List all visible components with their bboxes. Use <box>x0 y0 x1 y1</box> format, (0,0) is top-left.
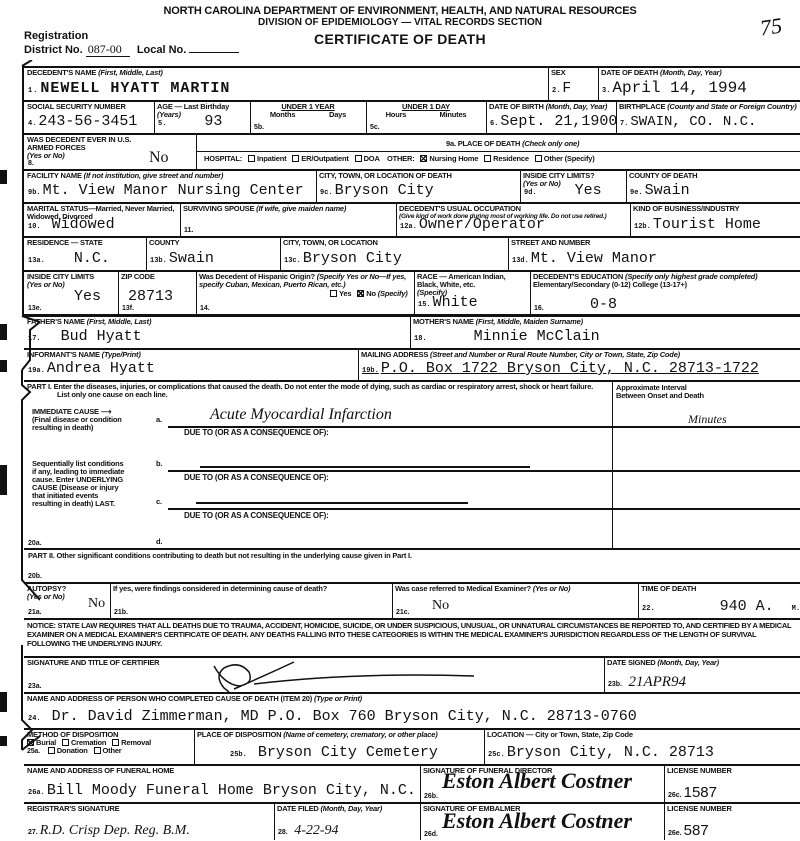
item-number: 9b. <box>28 189 41 197</box>
divider <box>154 100 155 133</box>
certifier-signature-field[interactable]: SIGNATURE AND TITLE OF CERTIFIER 23a. <box>24 656 604 692</box>
field-hint: (First, Middle, Last) <box>98 68 163 77</box>
other-label: OTHER: <box>387 154 415 163</box>
part1-label: PART I. <box>27 382 52 391</box>
autopsy-value: No <box>88 596 105 612</box>
director-license-field[interactable]: LICENSE NUMBER 26c.1587 <box>664 764 800 802</box>
divider <box>630 202 631 236</box>
mother-name-field[interactable]: MOTHER'S NAME (First, Middle, Maiden Sur… <box>410 314 800 348</box>
field-label: CITY, TOWN, OR LOCATION OF DEATH <box>319 172 517 180</box>
residence-city-field[interactable]: CITY, TOWN, OR LOCATION 13c.Bryson City <box>280 236 508 270</box>
death-certificate-form: DECEDENT'S NAME (First, Middle, Last) 1.… <box>0 60 800 841</box>
field-hint: (Yes or No) <box>27 151 65 160</box>
item-number: 5. <box>158 120 166 128</box>
cause-line-c <box>168 508 800 510</box>
education-value: 0-8 <box>590 297 617 312</box>
local-label: Local No. <box>137 44 187 56</box>
divider <box>396 202 397 236</box>
residence-state-field[interactable]: RESIDENCE — STATE 13a. N.C. <box>24 236 146 270</box>
item-number: 23b. <box>608 681 622 688</box>
divider <box>626 169 627 202</box>
field-label: SURVIVING SPOUSE <box>183 204 254 213</box>
cause-completed-by-value: Dr. David Zimmerman, MD P.O. Box 760 Bry… <box>52 708 637 725</box>
field-label: COUNTY <box>149 239 277 247</box>
field-hint: (First, Middle, Maiden Surname) <box>476 317 583 326</box>
date-filed-value: 4-22-94 <box>294 823 338 838</box>
sequential-hint: Sequentially list conditions if any, lea… <box>32 460 128 508</box>
checkbox-cremation[interactable] <box>62 739 69 746</box>
item-number: 15. <box>418 301 431 309</box>
field-label: TIME OF DEATH <box>641 585 797 593</box>
cause-of-death-section: PART I. Enter the diseases, injuries, or… <box>24 380 800 576</box>
field-hint: (First, Middle, Last) <box>87 317 152 326</box>
field-label: LOCATION — City or Town, State, Zip Code <box>487 731 797 739</box>
divider <box>358 348 359 380</box>
cause-completed-by-field[interactable]: NAME AND ADDRESS OF PERSON WHO COMPLETED… <box>24 692 800 728</box>
armed-forces-value: No <box>149 149 169 167</box>
date-of-death-field[interactable]: DATE OF DEATH (Month, Day, Year) 3.April… <box>598 66 800 100</box>
field-label: RACE — American Indian, Black, White, et… <box>417 273 527 289</box>
item-number: 9d. <box>524 189 537 197</box>
margin-mark <box>0 170 7 184</box>
residence-county-value: Swain <box>169 250 214 267</box>
checkbox-er-outpatient[interactable] <box>292 155 299 162</box>
divider <box>616 100 617 133</box>
margin-mark <box>0 324 7 340</box>
decedent-name-value: NEWELL HYATT MARTIN <box>40 80 230 97</box>
city-of-death-field[interactable]: CITY, TOWN, OR LOCATION OF DEATH 9c.Brys… <box>316 169 520 202</box>
checkbox-removal[interactable] <box>112 739 119 746</box>
certifier-signature <box>194 654 494 694</box>
medical-examiner-value: No <box>432 598 449 614</box>
item-number: 7. <box>620 120 628 128</box>
item-number: 27. <box>28 829 38 836</box>
field-hint: (Yes or No) <box>533 584 571 593</box>
item-number: 21b. <box>114 609 128 616</box>
option-label: Other <box>103 746 122 755</box>
item-number: 8. <box>28 160 34 167</box>
disposition-place-field[interactable]: PLACE OF DISPOSITION (Name of cemetery, … <box>194 728 484 764</box>
field-label: INFORMANT'S NAME <box>27 350 100 359</box>
time-suffix: M. <box>792 605 800 613</box>
informant-address-field[interactable]: MAILING ADDRESS (Street and Number or Ru… <box>358 348 800 380</box>
field-label: FATHER'S NAME <box>27 317 85 326</box>
field-hint: (If not institution, give street and num… <box>84 171 224 180</box>
item-number: 2. <box>552 87 560 95</box>
item-number: 28. <box>278 829 288 836</box>
field-label: DATE OF DEATH <box>601 68 658 77</box>
field-hint: (Check only one) <box>522 139 579 148</box>
option-label: Residence <box>493 154 529 163</box>
divider <box>486 100 487 133</box>
checkbox-hispanic-no[interactable] <box>357 290 364 297</box>
residence-county-field[interactable]: COUNTY 13b.Swain <box>146 236 280 270</box>
county-of-death-field[interactable]: COUNTY OF DEATH 9e.Swain <box>626 169 800 202</box>
hours-label: Hours <box>386 111 407 119</box>
legal-notice: NOTICE: STATE LAW REQUIRES THAT ALL DEAT… <box>24 618 800 656</box>
field-label: If yes, were findings considered in dete… <box>113 585 389 593</box>
under-1-day-field[interactable]: UNDER 1 DAY HoursMinutes 5c. <box>366 100 486 133</box>
item-number: 20a. <box>28 540 42 547</box>
date-of-death-value: April 14, 1994 <box>612 79 746 97</box>
field-label: LICENSE NUMBER <box>667 767 797 775</box>
option-label: No <box>366 289 376 298</box>
date-filed-field[interactable]: DATE FILED (Month, Day, Year) 28. 4-22-9… <box>274 802 420 840</box>
age-value: 93 <box>204 113 222 130</box>
checkbox-other[interactable] <box>535 155 542 162</box>
race-value: White <box>433 294 478 311</box>
divider <box>410 314 411 348</box>
field-hint: (Specify) <box>378 289 408 298</box>
division-heading: DIVISION OF EPIDEMIOLOGY — VITAL RECORDS… <box>0 17 800 28</box>
item-number: 20b. <box>28 573 42 580</box>
medical-examiner-field[interactable]: Was case referred to Medical Examiner? (… <box>392 582 638 618</box>
residence-inside-city-value: Yes <box>74 289 101 304</box>
checkbox-nursing-home[interactable] <box>420 155 427 162</box>
option-label: ER/Outpatient <box>301 154 348 163</box>
divider <box>180 202 181 236</box>
divider <box>146 236 147 270</box>
checkbox-burial[interactable] <box>27 739 34 746</box>
decedent-name-field[interactable]: DECEDENT'S NAME (First, Middle, Last) 1.… <box>24 66 548 100</box>
field-label: FACILITY NAME <box>27 171 82 180</box>
field-hint: (Type or Print) <box>314 694 362 703</box>
field-hint: (Month, Day, Year) <box>657 658 719 667</box>
facility-name-field[interactable]: FACILITY NAME (If not institution, give … <box>24 169 316 202</box>
item-number: 13c. <box>284 257 301 265</box>
option-label: Donation <box>57 746 88 755</box>
divider <box>520 169 521 202</box>
item-number: 13b. <box>150 257 167 265</box>
checkbox-doa[interactable] <box>355 155 362 162</box>
checkbox-inpatient[interactable] <box>248 155 255 162</box>
street-number-value: Mt. View Manor <box>531 250 657 267</box>
item-number: 9e. <box>630 189 643 197</box>
funeral-home-value: Bill Moody Funeral Home Bryson City, N.C… <box>47 782 416 799</box>
race-field[interactable]: RACE — American Indian, Black, White, et… <box>414 270 530 314</box>
checkbox-residence[interactable] <box>484 155 491 162</box>
field-hint: (County and State or Foreign Country) <box>667 102 796 111</box>
hispanic-origin-field[interactable]: Was Decedent of Hispanic Origin? (Specif… <box>196 270 414 314</box>
date-of-birth-field[interactable]: DATE OF BIRTH (Month, Day, Year) 6.Sept.… <box>486 100 616 133</box>
divider <box>110 582 111 618</box>
registrar-signature: R.D. Crisp Dep. Reg. B.M. <box>40 823 190 838</box>
divider <box>414 270 415 314</box>
surviving-spouse-field[interactable]: SURVIVING SPOUSE (If wife, give maiden n… <box>180 202 396 236</box>
street-number-field[interactable]: STREET AND NUMBER 13d.Mt. View Manor <box>508 236 800 270</box>
embalmer-license-field[interactable]: LICENSE NUMBER 26e.587 <box>664 802 800 840</box>
field-label: DATE FILED <box>277 804 319 813</box>
field-hint: (Type/Print) <box>102 350 141 359</box>
cause-line-letter: c. <box>156 498 162 506</box>
item-number: 21c. <box>396 609 410 616</box>
time-of-death-field[interactable]: TIME OF DEATH 22. 940 A. M. <box>638 582 800 618</box>
field-hint: (Street and Number or Rural Route Number… <box>430 350 680 359</box>
item-number: 13e. <box>28 305 42 312</box>
field-label: DATE SIGNED <box>607 658 656 667</box>
disposition-method-field[interactable]: METHOD OF DISPOSITION Burial Cremation R… <box>24 728 194 764</box>
embalmer-signature: Eston Albert Costner <box>442 808 632 834</box>
cause-line-letter: b. <box>156 460 162 468</box>
item-number: 13a. <box>28 257 45 265</box>
district-value: 087-00 <box>86 42 130 57</box>
date-signed-field[interactable]: DATE SIGNED (Month, Day, Year) 23b. 21AP… <box>604 656 800 692</box>
margin-mark <box>0 736 7 746</box>
mother-name-value: Minnie McClain <box>474 328 600 345</box>
age-field[interactable]: AGE — Last Birthday (Years) 5. 93 <box>154 100 250 133</box>
field-label: 9a. PLACE OF DEATH <box>446 139 520 148</box>
option-label: DOA <box>364 154 380 163</box>
field-label: REGISTRAR'S SIGNATURE <box>27 805 271 813</box>
item-number: 25b. <box>230 751 247 759</box>
field-hint: (If wife, give maiden name) <box>256 204 346 213</box>
field-label: MOTHER'S NAME <box>413 317 474 326</box>
item-number: 21a. <box>28 609 42 616</box>
sex-field[interactable]: SEX 2.F <box>548 66 598 100</box>
immediate-hint: (Final disease or condition resulting in… <box>32 416 132 432</box>
autopsy-findings-field[interactable]: If yes, were findings considered in dete… <box>110 582 392 618</box>
field-label: SEX <box>551 69 595 77</box>
field-label: SOCIAL SECURITY NUMBER <box>27 103 151 111</box>
interval-label: Approximate Interval Between Onset and D… <box>616 384 706 400</box>
director-license-value: 1587 <box>684 784 717 801</box>
informant-name-field[interactable]: INFORMANT'S NAME (Type/Print) 19a.Andrea… <box>24 348 358 380</box>
divider <box>604 656 605 692</box>
item-number: 19a. <box>28 367 45 375</box>
item-number: 19b. <box>362 367 379 375</box>
divider <box>508 236 509 270</box>
field-label: DECEDENT'S USUAL OCCUPATION <box>399 205 627 213</box>
father-name-field[interactable]: FATHER'S NAME (First, Middle, Last) 17. … <box>24 314 410 348</box>
hospital-label: HOSPITAL: <box>204 154 242 163</box>
divider <box>280 236 281 270</box>
checkbox-other-disposition[interactable] <box>94 747 101 754</box>
divider <box>316 169 317 202</box>
disposition-location-value: Bryson City, N.C. 28713 <box>507 744 714 761</box>
item-number: 12a. <box>400 223 417 231</box>
agency-heading: NORTH CAROLINA DEPARTMENT OF ENVIRONMENT… <box>0 5 800 17</box>
field-label: LICENSE NUMBER <box>667 805 797 813</box>
minutes-label: Minutes <box>439 111 466 119</box>
checkbox-hispanic-yes[interactable] <box>330 290 337 297</box>
divider <box>274 802 275 840</box>
divider <box>250 100 251 133</box>
ssn-field[interactable]: SOCIAL SECURITY NUMBER 4.243-56-3451 <box>24 100 154 133</box>
item-number: 26a. <box>28 789 45 797</box>
disposition-location-field[interactable]: LOCATION — City or Town, State, Zip Code… <box>484 728 800 764</box>
armed-forces-field[interactable]: WAS DECEDENT EVER IN U.S. ARMED FORCES (… <box>24 133 196 169</box>
business-industry-field[interactable]: KIND OF BUSINESS/INDUSTRY 12b.Tourist Ho… <box>630 202 800 236</box>
field-label: NAME AND ADDRESS OF PERSON WHO COMPLETED… <box>27 694 312 703</box>
item-number: 26e. <box>668 830 682 837</box>
struck-line <box>196 502 468 504</box>
option-label: Nursing Home <box>429 154 478 163</box>
cause-line-letter: a. <box>156 416 162 424</box>
part2-instructions: Other significant conditions contributin… <box>57 551 412 560</box>
divider <box>484 728 485 764</box>
field-hint: (Name of cemetery, crematory, or other p… <box>283 730 437 739</box>
divider <box>548 66 549 100</box>
occupation-value: Owner/Operator <box>419 216 545 233</box>
business-industry-value: Tourist Home <box>653 216 761 233</box>
field-label: KIND OF BUSINESS/INDUSTRY <box>633 205 797 213</box>
marital-status-field[interactable]: MARITAL STATUS—Married, Never Married, W… <box>24 202 180 236</box>
disposition-place-value: Bryson City Cemetery <box>258 744 438 761</box>
item-number: 11. <box>184 227 193 234</box>
field-label: PLACE OF DISPOSITION <box>197 730 281 739</box>
row-divider <box>24 548 800 550</box>
item-number: 5c. <box>370 124 380 131</box>
item-number: 23a. <box>28 683 42 690</box>
residence-inside-city-field[interactable]: INSIDE CITY LIMITS (Yes or No) 13e. Yes <box>24 270 118 314</box>
residence-city-value: Bryson City <box>303 250 402 267</box>
place-of-death-options: HOSPITAL: Inpatient ER/Outpatient DOA OT… <box>196 151 800 169</box>
divider <box>530 270 531 314</box>
under-1-year-field[interactable]: UNDER 1 YEAR MonthsDays 5b. <box>250 100 366 133</box>
margin-mark <box>0 360 7 372</box>
funeral-director-signature: Eston Albert Costner <box>442 768 632 794</box>
due-to-label: DUE TO (OR AS A CONSEQUENCE OF): <box>184 512 329 520</box>
field-label: BIRTHPLACE <box>619 102 665 111</box>
registration-label: Registration <box>24 31 239 42</box>
item-number: 13f. <box>122 305 134 312</box>
item-number: 26b. <box>424 793 438 800</box>
item-number: 26c. <box>668 792 682 799</box>
item-number: 17. <box>28 335 41 343</box>
option-label: Removal <box>121 738 151 747</box>
field-label: ZIP CODE <box>121 273 193 281</box>
part2-title: PART II. <box>28 551 55 560</box>
education-field[interactable]: DECEDENT'S EDUCATION (Specify only highe… <box>530 270 800 314</box>
item-number: 16. <box>534 305 544 312</box>
funeral-director-signature-field[interactable]: SIGNATURE OF FUNERAL DIRECTOR 26b. Eston… <box>420 764 664 802</box>
residence-state-value: N.C. <box>74 250 110 267</box>
ssn-value: 243-56-3451 <box>38 113 137 130</box>
divider <box>638 582 639 618</box>
field-label: MAILING ADDRESS <box>361 350 428 359</box>
divider <box>598 66 599 100</box>
item-number: 25c. <box>488 751 505 759</box>
item-number: 12b. <box>634 223 651 231</box>
due-to-label: DUE TO (OR AS A CONSEQUENCE OF): <box>184 429 329 437</box>
inside-city-limits-field[interactable]: INSIDE CITY LIMITS? (Yes or No) 9d. Yes <box>520 169 626 202</box>
field-hint: (Month, Day, Year) <box>546 102 608 111</box>
occupation-field[interactable]: DECEDENT'S USUAL OCCUPATION (Give kind o… <box>396 202 630 236</box>
place-of-death-header: 9a. PLACE OF DEATH (Check only one) <box>196 133 800 151</box>
district-label: District No. <box>24 44 83 56</box>
funeral-home-field[interactable]: NAME AND ADDRESS OF FUNERAL HOME 26a.Bil… <box>24 764 420 802</box>
cause-line-letter: d. <box>156 538 162 546</box>
option-label: Inpatient <box>257 154 286 163</box>
item-number: 25a. <box>27 748 40 755</box>
field-label: CITY, TOWN, OR LOCATION <box>283 239 505 247</box>
zip-code-value: 28713 <box>128 289 173 304</box>
zip-code-field[interactable]: ZIP CODE 13f. 28713 <box>118 270 196 314</box>
embalmer-signature-field[interactable]: SIGNATURE OF EMBALMER 26d. Eston Albert … <box>420 802 664 840</box>
father-name-value: Bud Hyatt <box>61 328 142 345</box>
due-to-label: DUE TO (OR AS A CONSEQUENCE OF): <box>184 474 329 482</box>
city-of-death-value: Bryson City <box>335 182 434 199</box>
field-label: WAS DECEDENT EVER IN U.S. ARMED FORCES <box>27 136 137 152</box>
divider <box>392 582 393 618</box>
birthplace-field[interactable]: BIRTHPLACE (County and State or Foreign … <box>616 100 800 133</box>
item-number: 22. <box>642 605 655 613</box>
days-label: Days <box>329 111 346 119</box>
item-number: 10. <box>28 223 41 231</box>
item-number: 5b. <box>254 124 264 131</box>
date-signed-value: 21APR94 <box>628 674 686 690</box>
part2-label: PART II. Other significant conditions co… <box>28 552 728 560</box>
field-hint: (Month, Day, Year) <box>321 804 383 813</box>
cause-a-value[interactable]: Acute Myocardial Infarction <box>210 406 392 424</box>
embalmer-license-value: 587 <box>684 822 709 839</box>
field-label: DATE OF BIRTH <box>489 102 544 111</box>
time-of-death-value: 940 A. <box>720 598 774 615</box>
margin-mark <box>0 465 7 495</box>
divider <box>366 100 367 133</box>
divider <box>196 270 197 314</box>
option-label: Burial <box>36 738 56 747</box>
item-number: 4. <box>28 120 36 128</box>
informant-name-value: Andrea Hyatt <box>47 360 155 377</box>
item-number: 6. <box>490 120 498 128</box>
corner-annotation: 75 <box>758 13 783 42</box>
item-number: 3. <box>602 87 610 95</box>
inside-city-limits-value: Yes <box>575 182 602 199</box>
option-label: Other (Specify) <box>544 154 595 163</box>
item-number: 18. <box>414 335 427 343</box>
item-number: 9c. <box>320 189 333 197</box>
cause-line-b <box>168 470 800 472</box>
months-label: Months <box>270 111 295 119</box>
divider <box>194 728 195 764</box>
date-of-birth-value: Sept. 21,1900 <box>500 113 617 130</box>
divider <box>118 270 119 314</box>
item-number: 14. <box>200 305 210 312</box>
field-label: COUNTY OF DEATH <box>629 172 797 180</box>
field-label: NAME AND ADDRESS OF FUNERAL HOME <box>27 767 417 775</box>
education-sublabel: Elementary/Secondary (0-12) College (13-… <box>533 281 797 289</box>
checkbox-donation[interactable] <box>48 747 55 754</box>
field-hint: (Yes or No) <box>27 280 65 289</box>
field-label: DECEDENT'S NAME <box>27 68 96 77</box>
immediate-cause-label: IMMEDIATE CAUSE ⟶ (Final disease or cond… <box>32 408 132 432</box>
field-hint: (Month, Day, Year) <box>660 68 722 77</box>
item-number: 24. <box>28 715 41 723</box>
birthplace-value: SWAIN, CO. N.C. <box>630 114 756 130</box>
option-label: Yes <box>339 289 351 298</box>
item-number: 13d. <box>512 257 529 265</box>
divider <box>612 382 613 548</box>
item-number: 26d. <box>424 831 438 838</box>
field-hint: (Yes or No) <box>27 592 65 601</box>
margin-mark <box>0 692 7 712</box>
field-label: STREET AND NUMBER <box>511 239 797 247</box>
cause-a-interval[interactable]: Minutes <box>688 412 727 427</box>
item-number: 1. <box>28 87 38 95</box>
registration-district: Registration District No. 087-00 Local N… <box>24 31 239 57</box>
facility-name-value: Mt. View Manor Nursing Center <box>43 182 304 199</box>
field-label: RESIDENCE — STATE <box>27 239 143 247</box>
marital-status-value: Widowed <box>52 216 115 233</box>
local-value <box>189 52 239 53</box>
sex-value: F <box>562 81 571 97</box>
county-of-death-value: Swain <box>645 182 690 199</box>
autopsy-field[interactable]: AUTOPSY? (Yes or No) 21a. No <box>24 582 110 618</box>
struck-line <box>200 466 530 468</box>
registrar-signature-field[interactable]: REGISTRAR'S SIGNATURE 27.R.D. Crisp Dep.… <box>24 802 274 840</box>
field-label: Was case referred to Medical Examiner? <box>395 584 531 593</box>
